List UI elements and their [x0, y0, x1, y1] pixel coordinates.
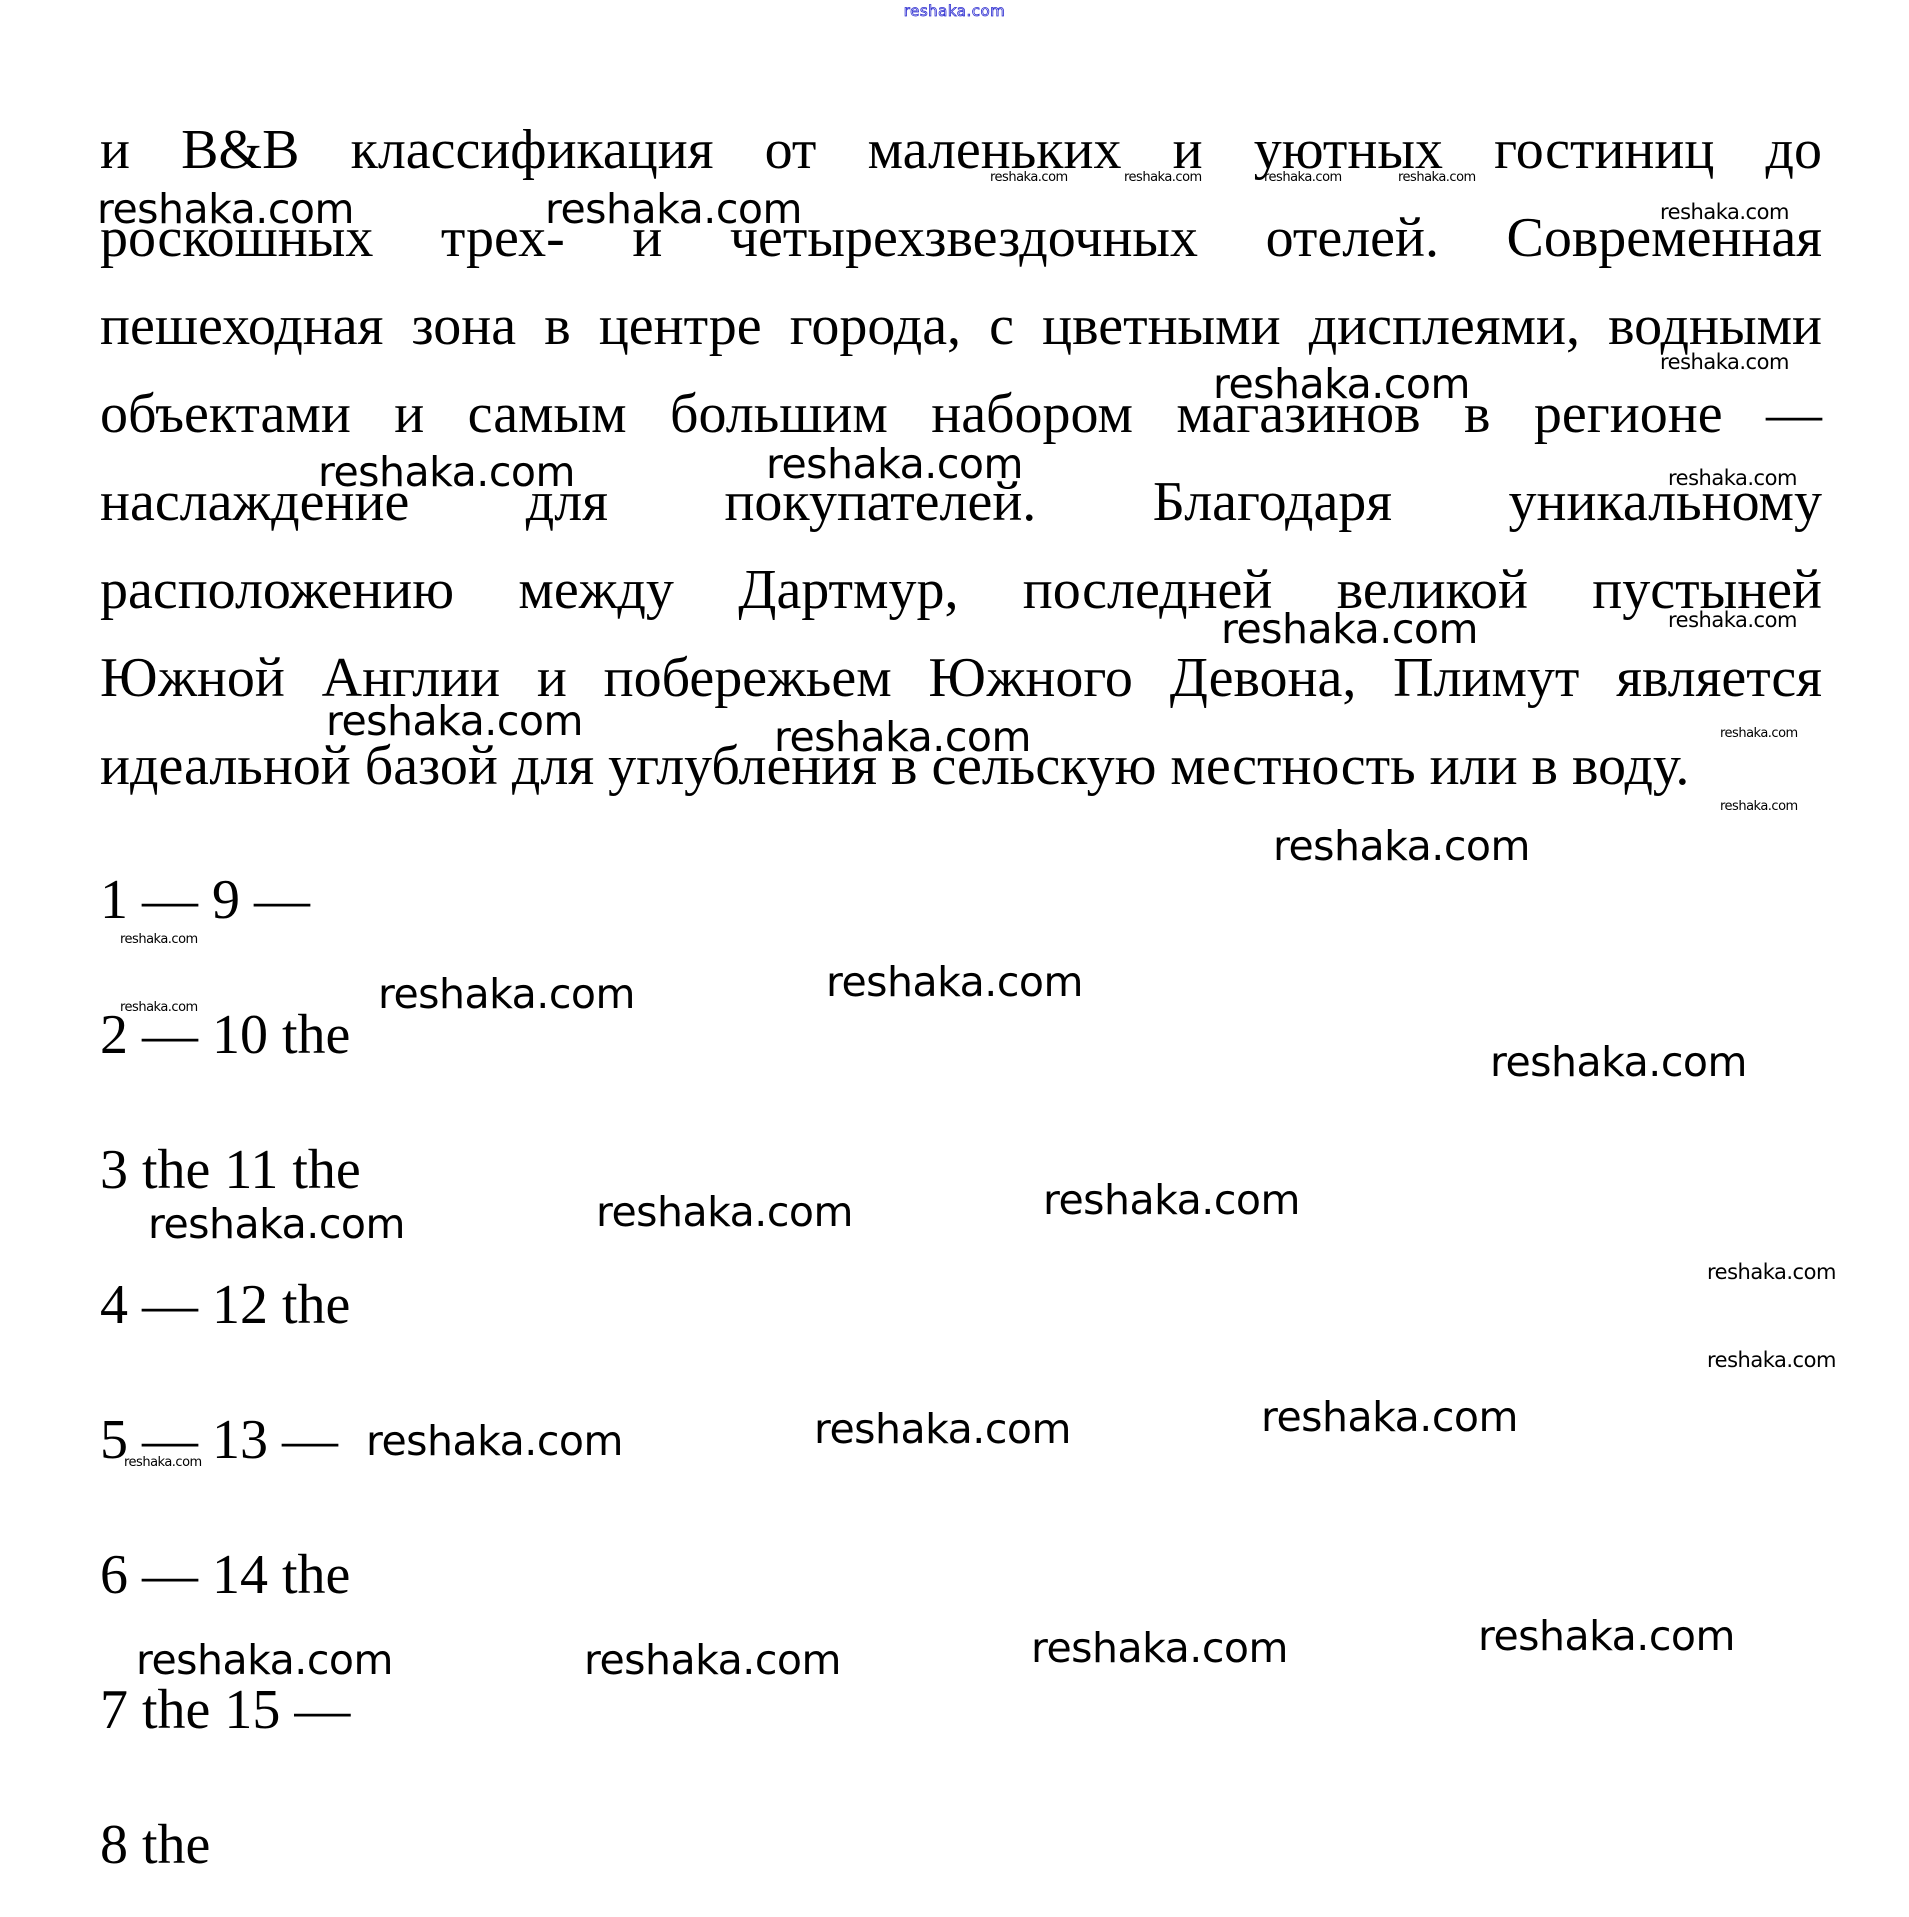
paragraph-line: и B&B классификация от маленьких и уютны… — [100, 115, 1822, 185]
watermark: reshaka.com — [1264, 170, 1342, 185]
watermark: reshaka.com — [124, 1455, 202, 1470]
watermark: reshaka.com — [97, 185, 354, 233]
answer-row: 3 the 11 the — [100, 1140, 361, 1200]
watermark: reshaka.com — [596, 1188, 853, 1236]
watermark: reshaka.com — [1660, 200, 1789, 224]
watermark: reshaka.com — [136, 1636, 393, 1684]
watermark: reshaka.com — [1668, 608, 1797, 632]
answer-row: 6 — 14 the — [100, 1545, 350, 1605]
watermark: reshaka.com — [1043, 1176, 1300, 1224]
answer-row: 7 the 15 — — [100, 1680, 350, 1740]
watermark: reshaka.com — [990, 170, 1068, 185]
watermark: reshaka.com — [1124, 170, 1202, 185]
watermark: reshaka.com — [1221, 605, 1478, 653]
watermark: reshaka.com — [1707, 1260, 1836, 1284]
watermark: reshaka.com — [378, 970, 635, 1018]
watermark: reshaka.com — [1273, 822, 1530, 870]
answer-row: 1 — 9 — — [100, 870, 310, 930]
watermark: reshaka.com — [318, 448, 575, 496]
watermark: reshaka.com — [766, 440, 1023, 488]
watermark: reshaka.com — [584, 1636, 841, 1684]
watermark: reshaka.com — [1660, 350, 1789, 374]
watermark: reshaka.com — [826, 958, 1083, 1006]
answer-row: 8 the — [100, 1815, 210, 1875]
paragraph-line: объектами и самым большим набором магази… — [100, 379, 1822, 449]
watermark: reshaka.com — [1398, 170, 1476, 185]
watermark: reshaka.com — [120, 932, 198, 947]
watermark: reshaka.com — [1668, 466, 1797, 490]
watermark: reshaka.com — [148, 1200, 405, 1248]
site-watermark-header: reshaka.com — [0, 2, 1909, 20]
watermark: reshaka.com — [1213, 360, 1470, 408]
watermark: reshaka.com — [1031, 1624, 1288, 1672]
watermark: reshaka.com — [1261, 1393, 1518, 1441]
watermark: reshaka.com — [366, 1417, 623, 1465]
watermark: reshaka.com — [1490, 1038, 1747, 1086]
watermark: reshaka.com — [814, 1405, 1071, 1453]
watermark: reshaka.com — [326, 697, 583, 745]
paragraph-line: пешеходная зона в центре города, с цветн… — [100, 291, 1822, 361]
paragraph-line: роскошных трех- и четырехзвездочных отел… — [100, 203, 1822, 273]
watermark: reshaka.com — [1707, 1348, 1836, 1372]
watermark: reshaka.com — [1720, 799, 1798, 814]
watermark: reshaka.com — [774, 713, 1031, 761]
watermark: reshaka.com — [545, 185, 802, 233]
watermark: reshaka.com — [1478, 1612, 1735, 1660]
watermark: reshaka.com — [1720, 726, 1798, 741]
answer-row: 4 — 12 the — [100, 1275, 350, 1335]
watermark: reshaka.com — [120, 1000, 198, 1015]
paragraph-line: расположению между Дартмур, последней ве… — [100, 555, 1822, 625]
